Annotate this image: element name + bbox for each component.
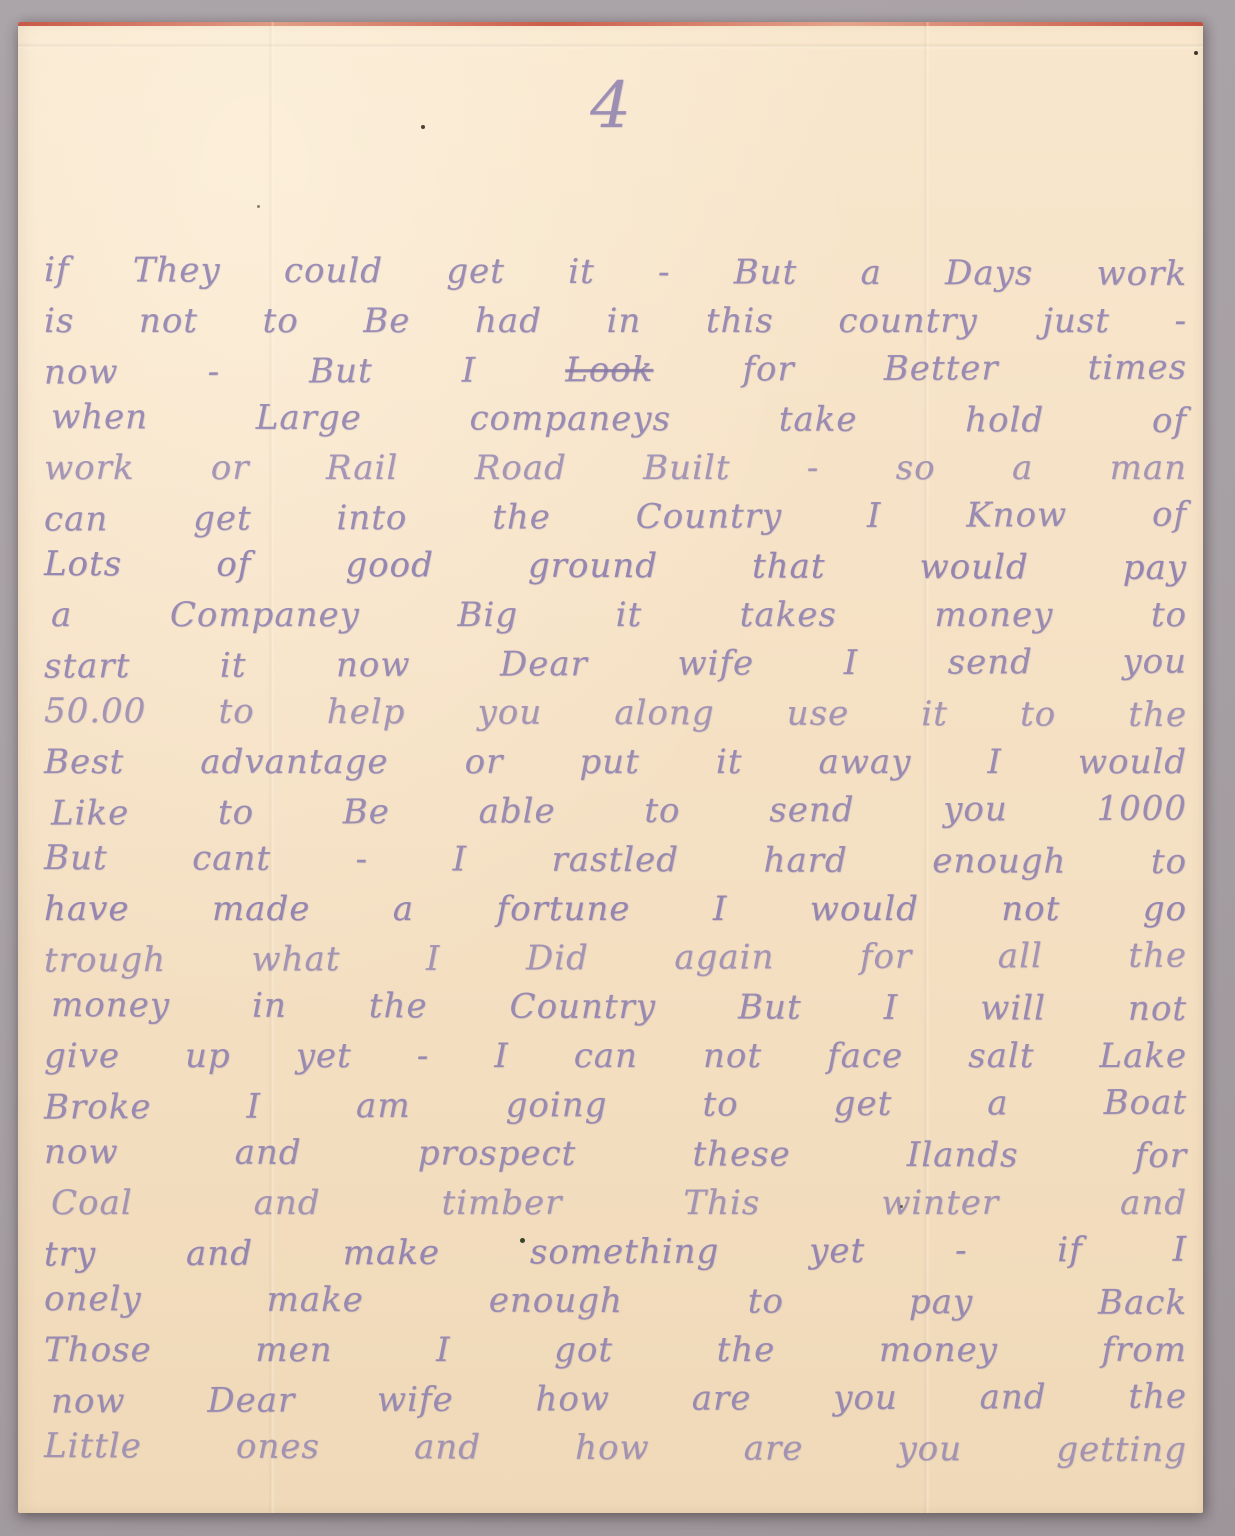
handwriting-line: Broke I am going to get a Boat — [44, 1079, 1187, 1133]
handwriting-segment: Little ones and how are you getting — [44, 1426, 1187, 1470]
handwriting-line: now and prospect these Ilands for — [44, 1128, 1187, 1181]
handwriting-segment: Broke I am going to get a Boat — [44, 1083, 1187, 1128]
handwriting-line: try and make something yet - if I — [44, 1226, 1187, 1280]
handwriting-segment: a Companey Big it takes money to — [51, 595, 1187, 635]
handwriting-segment: 50.00 to help you along use it to the — [44, 691, 1187, 735]
handwriting-segment: work or Rail Road Built - so a man — [44, 448, 1187, 488]
handwriting-line: if They could get it - But a Days work — [44, 246, 1187, 299]
handwriting-segment: give up yet - I can not face salt Lake — [44, 1036, 1187, 1076]
handwriting-segment: now - But I — [44, 350, 565, 392]
handwriting-segment: now and prospect these Ilands for — [44, 1132, 1187, 1176]
handwriting-segment: But cant - I rastled hard enough to — [44, 838, 1187, 882]
handwriting-line: now Dear wife how are you and the — [51, 1373, 1187, 1427]
handwriting-segment: try and make something yet - if I — [44, 1230, 1187, 1275]
handwriting-segment: start it now Dear wife I send you — [44, 642, 1187, 687]
handwriting-line: give up yet - I can not face salt Lake — [44, 1032, 1187, 1081]
handwriting-segment: Those men I got the money from — [44, 1330, 1187, 1370]
handwriting-line: when Large companeys take hold of — [51, 393, 1187, 446]
handwriting-line: Lots of good ground that would pay — [44, 540, 1187, 593]
handwriting-line: can get into the Country I Know of — [44, 491, 1187, 545]
handwriting-line: onely make enough to pay Back — [44, 1275, 1187, 1328]
handwriting-segment: can get into the Country I Know of — [44, 495, 1187, 540]
handwriting-line: money in the Country But I will not — [51, 981, 1187, 1034]
handwriting-line: have made a fortune I would not go — [44, 885, 1187, 934]
photo-background: 4 if They could get it - But a Days work… — [0, 0, 1235, 1536]
page-number: 4 — [18, 74, 1203, 138]
handwriting-segment: onely make enough to pay Back — [44, 1279, 1187, 1323]
fold-crease-horizontal — [18, 43, 1203, 49]
handwriting-line: work or Rail Road Built - so a man — [44, 444, 1187, 493]
letter-page: 4 if They could get it - But a Days work… — [18, 22, 1203, 1513]
handwriting-segment: is not to Be had in this country just - — [44, 301, 1187, 341]
handwriting-segment: Lots of good ground that would pay — [44, 544, 1187, 588]
handwriting-line: a Companey Big it takes money to — [51, 591, 1187, 640]
handwriting-line: 50.00 to help you along use it to the — [44, 687, 1187, 740]
handwriting-line: But cant - I rastled hard enough to — [44, 834, 1187, 887]
handwriting-line: Little ones and how are you getting — [44, 1422, 1187, 1475]
handwriting-segment: have made a fortune I would not go — [44, 889, 1187, 929]
handwriting-line: trough what I Did again for all the — [44, 932, 1187, 986]
handwriting-line: Best advantage or put it away I would — [44, 738, 1187, 787]
paper-red-edge — [18, 22, 1203, 26]
handwriting-line: Those men I got the money from — [44, 1326, 1187, 1375]
handwriting-line: now - But I Look for Better times — [44, 344, 1187, 398]
handwriting-line: is not to Be had in this country just - — [44, 297, 1187, 346]
handwriting-segment: when Large companeys take hold of — [51, 397, 1187, 441]
handwriting-line: start it now Dear wife I send you — [44, 638, 1187, 692]
handwriting-segment: if They could get it - But a Days work — [44, 250, 1187, 294]
handwriting-segment: Best advantage or put it away I would — [44, 742, 1187, 782]
handwriting-segment: Like to Be able to send you 1000 — [51, 789, 1187, 834]
handwriting-line: Coal and timber This winter and — [51, 1179, 1187, 1228]
handwriting-segment: for Better times — [653, 348, 1187, 390]
handwriting-segment: Coal and timber This winter and — [51, 1183, 1187, 1223]
handwriting-segment: money in the Country But I will not — [51, 985, 1187, 1029]
handwriting-segment: now Dear wife how are you and the — [51, 1377, 1187, 1422]
handwriting-line: Like to Be able to send you 1000 — [51, 785, 1187, 839]
handwriting-segment: trough what I Did again for all the — [44, 936, 1187, 981]
struck-word: Look — [565, 350, 653, 390]
letter-body: if They could get it - But a Days workis… — [44, 248, 1187, 1473]
